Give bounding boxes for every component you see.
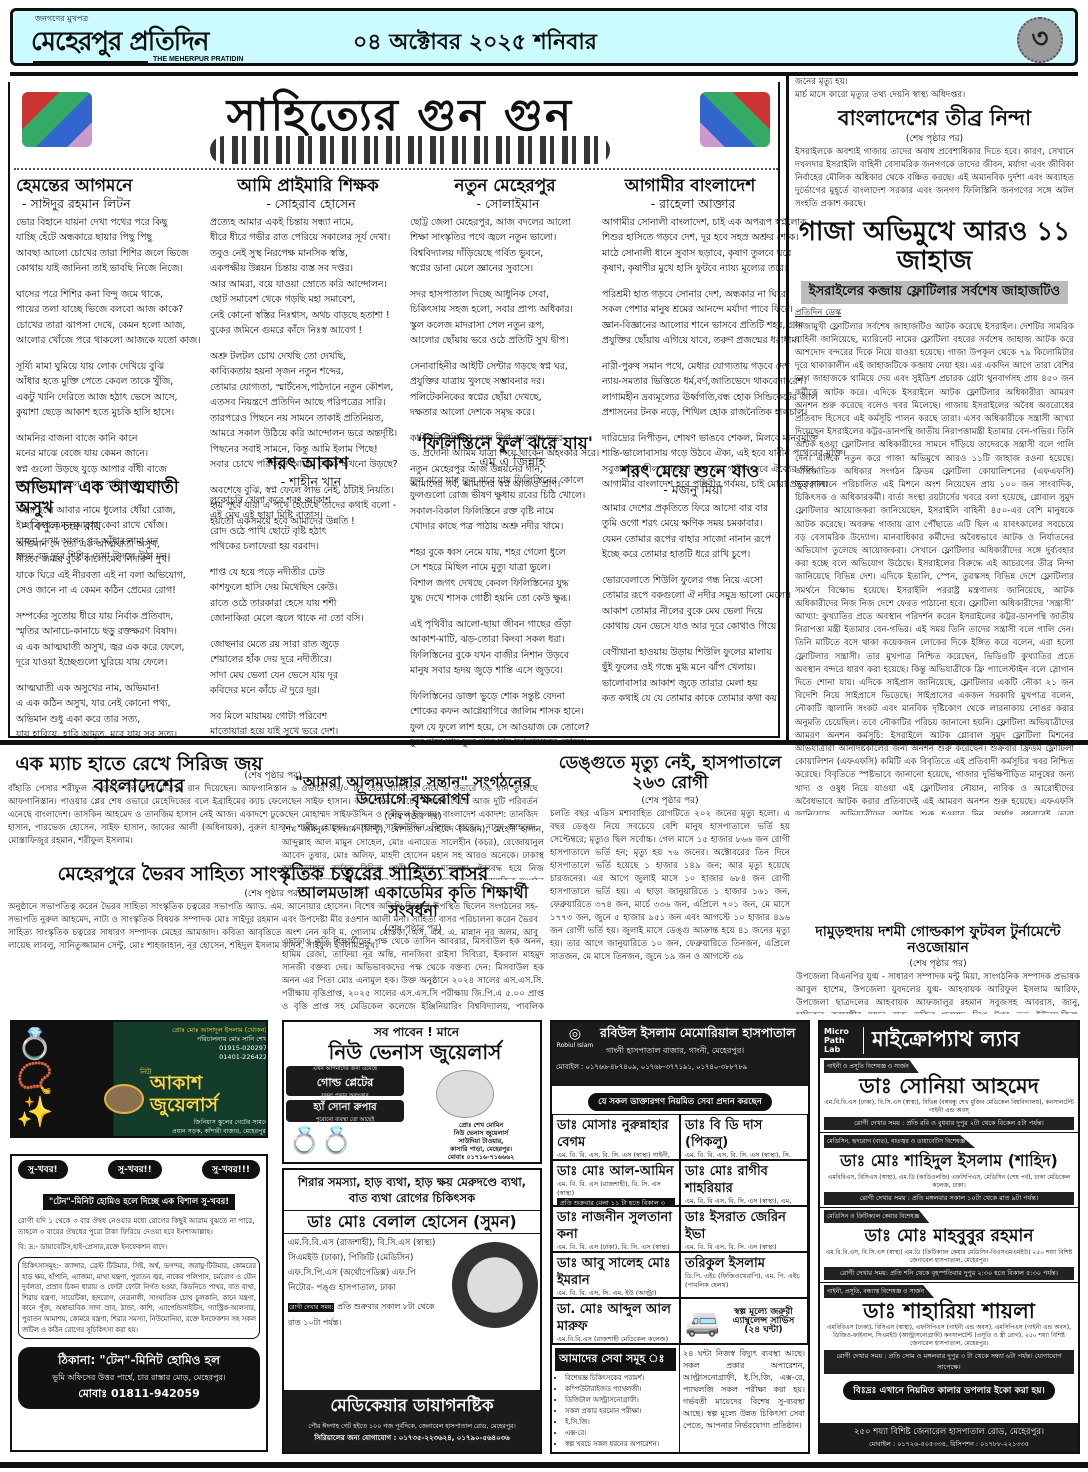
badge: সু-খবর!!! (202, 1160, 260, 1179)
article-body: এছাড়াও কৃতি শিক্ষার্থীদের পক্ষ থেকে তাস… (282, 936, 544, 1014)
avatar (104, 1084, 144, 1114)
poem-line: যুদ্ধ দেখে শাসক গোষ্ঠী হয়নি তো কেউ ক্ষু… (410, 591, 600, 607)
poem-author: - বিপুল চন্দ্র রায় (16, 518, 206, 534)
hospital-name: রবিউল ইসলাম মেমোরিয়াল হাসপাতাল (600, 1025, 804, 1045)
poem-line: লাগামহীন দ্রব্যমূল্যের ঊর্ধ্বগতি,বন্ধ হো… (602, 390, 778, 406)
stanza: জোছনার মেতে রয় সারা রাত জুড়েশেয়ালের হ… (210, 637, 406, 699)
stanza: সদর হাসপাতাল দিচ্ছে আধুনিক সেবা,চিকিৎসায… (410, 287, 600, 349)
poem-line: কুয়াশা ছেড়ে আকাশ হতে মুচকি হাসি হাসে। (16, 405, 206, 421)
poem-author: - শাহীন খান (210, 474, 406, 490)
stanza: প্রত্যেহ আমার একই চিন্তায় সন্ধ্যা নামে,… (210, 215, 406, 339)
poem-line: আকাশ-মাটি, ঝড়-তোরা কিংবা সকল ধরা। (410, 632, 600, 648)
poem-line: যাচ্ছি হেঁটে অন্ধকারে ছায়ার পিছু পিছু (16, 230, 206, 246)
poem: 'ফিলিস্তিনে ফুল ঝরে যায়'- এম এ জিন্নাহফ… (410, 434, 600, 761)
poem-title: নতুন মেহেরপুর (410, 176, 600, 196)
poem-line: প্রত্যেহ আমার একই চিন্তায় সন্ধ্যা নামে, (210, 215, 406, 231)
doctor-section: মেডিসিন ও ক্রিটিক্যাল কেয়ার বিশেষজ্ঞ ডা… (820, 1208, 1078, 1283)
box-heading: হ্যাঁ সোনা রুপার (286, 1100, 404, 1117)
stanza: শহর বুকে ধ্বস নেমে যায়, শহর গেলো ধুলেসে… (410, 545, 600, 607)
poem-author: - সোহরাব হোসেন (210, 196, 406, 212)
poem-line: ছুঁই ফুলের ওই গন্ধে মুগ্ধ মনে ঝাঁপ খেলায… (602, 660, 778, 676)
poem-line: কত কথাই যে যে তোমার কাকে তোমার কথা কয়। (602, 691, 778, 707)
continued-label: (শেষ পৃষ্ঠার পর) (282, 811, 544, 824)
english-title: THE MEHERPUR PRATIDIN (153, 56, 243, 63)
doctor-section: মেডিসিন, হৃদরোগ (বাত), বাতজ্বর ও ডায়াবে… (820, 1133, 1078, 1208)
poem: আগামীর বাংলাদেশ- রাহেলা আক্তারআগামীর সোন… (602, 176, 778, 503)
poem-line: ভোরবেলাতে শিউলি ফুলের গন্ধ নিয়ে এসো (602, 573, 778, 589)
poem-line: অভিমান শুধু একা করে তার সত্য, (16, 712, 206, 728)
stanza: আগামীর সোনালী বাংলাদেশ, চাই এক অপরূপ স্ব… (602, 215, 778, 277)
headline: আলমডাঙ্গা একাডেমির কৃতি শিক্ষার্থী সংবর্… (282, 884, 544, 921)
poem-line: তুমি ওগো শরৎ মেয়ে ক্ষণিক সময় চমকাবার। (602, 516, 778, 532)
poem-line: স্বপ্নের ডানা মেলে জ্ঞানের সুবাসে। (410, 261, 600, 277)
poem-line: তোমার রূপে বকগুলো ঐ নদীর সমুদ্র ভালো মেল… (602, 588, 778, 604)
news-article: "আমরা আলমডাঙ্গার সন্তান" সংগঠনের উদ্যোগে… (282, 770, 544, 880)
degree: এফ.সি.পি.এস (অর্থোপেডিক্স) এফ.পি (288, 1266, 440, 1281)
poem-line: পরিশ্রমী হাত গড়বে সোনার দেশ, অন্ধকার না… (602, 287, 778, 303)
poem-line: সকল পেশার মানুষ শ্রমের আনন্দে মর্যাদা পা… (602, 302, 778, 318)
ad-new-venus-jewellers: সব পাবেন ! মানে নিউ ভেনাস জুয়েলার্স এখন… (282, 1020, 542, 1164)
stanza: লুকোচুরি খেলা করে শরৎ আকাশএই মেঘ এই ছায়… (210, 493, 406, 555)
poem-line: ফুলগুলো রোজ ভীষণ ক্ষুধায় রবের চিঠি খোলে… (410, 488, 600, 504)
title-underline (33, 61, 148, 63)
doctor-card: ডাঃ নাজনীন সুলতানা কনাএম. বি. বি. এস (ঢা… (552, 1206, 680, 1252)
ambulance-card: 🚐স্বল্প মূল্যে জরুরী এ্যাম্বুলেন্স সার্ভ… (680, 1298, 808, 1344)
doctor-card: ডাঃ ইসরাত জেরিন ইভাএম. বি. বি এস, বি. সি… (680, 1206, 808, 1252)
lab-logo: Micro Path Lab (824, 1027, 864, 1054)
poem-line: আলোর ছোঁয়ায় ভরে ওঠে প্রতিটি সুখ দ্বীপ। (410, 333, 600, 349)
literature-section: সাহিত্যের গুন গুন হেমন্তের আগমনে- সাঈদুর… (8, 82, 780, 738)
stanza: ফুল ঝরে যায় ফুল ঝরে যায় ফিলিস্তিনের কো… (410, 473, 600, 535)
poem: শরৎ মেয়ে শুনে যাও- মজনু মিয়াআমার দেশের… (602, 462, 778, 717)
ambulance-icon: 🚐 (685, 1317, 720, 1326)
ad-micropath-lab: Micro Path Lab মাইক্রোপ্যাথ ল্যাব গাইনী … (818, 1020, 1080, 1454)
mobile: মোবাইল : ০১৭৬৬-৪৮৭৪০৯, ০১৭৬৮-৩৭৭১৯১, ০১৭… (556, 1061, 804, 1073)
poem-line: শিক্ষা সাংস্কৃতির পথে জ্বলে নতুন ভালো। (410, 230, 600, 246)
article-body: শেখ অমিনুল ইসলাম (লিন্টু), মোশতাক আহমেদ … (282, 824, 544, 881)
stanza: সব মিলে মায়াময় গোটা পরিবেশমাতোয়ারা হয… (210, 709, 406, 740)
poem-line: সকাল-বিকাল ফিলিস্তিনে রক্ত বৃষ্টি নামে (410, 504, 600, 520)
poem-line: তবুও নেই সুস্থ নিরপেক্ষ মানসিক স্বস্তি, (210, 246, 406, 262)
proprietor: প্রোঃ মোঃ আসাদুল ইসলাম (খোকন) (122, 1026, 267, 1035)
hospital-logo: ◎Robiul Islam (556, 1026, 594, 1049)
byline: প্রতিদিন ডেস্ক (795, 307, 1074, 320)
stanza: অভিমান সে তো এক আত্মঘাতী অসুখ,নীরবে জমায… (16, 537, 206, 599)
poem-line: মনের মাঝে বেজে যায় কেমন জানে। (16, 446, 206, 462)
poem-line: শাপ্ত যে হয়ে পড়ে নদীতীর ঢেউ (210, 565, 406, 581)
poem-line: সে শহরে মিছিল নামে মুত্যু যাত্রা ভুলে। (410, 560, 600, 576)
serial-phone: সিরিয়ালের জন্য যোগাযোগ : ০১৭৩৫-২২৩৬২৪, … (287, 1432, 537, 1444)
stanza: সম্পর্কের সুতোয় ধীরে যায় নির্বাক প্রতি… (16, 609, 206, 671)
doctor-card: ডা. মোঃ আব্দুল আল মারুফএম.বি.বি.এস (রাজশ… (552, 1298, 680, 1344)
poem-line: এ এক আত্মঘাতী অসুখ, জ্বর এক করে ফেলে, (16, 640, 206, 656)
poem-line: আবছা আলো চোখের তারা শিশির জলে ভিজে (16, 246, 206, 262)
poem: শরৎ আকাশ- শাহীন খানলুকোচুরি খেলা করে শরৎ… (210, 454, 406, 750)
jewellery-icon: 💍💍 (288, 1126, 408, 1162)
time-label: রোগী দেখার সময়: (288, 1303, 334, 1312)
poem-line: শোকের কফন আগ্নেয়াগিরে জালিম শাসক হানে। (410, 704, 600, 720)
headline: বাংলাদেশের তীব্র নিন্দা (795, 106, 1074, 130)
ad-robiul-islam-hospital: ◎Robiul Islam রবিউল ইসলাম মেমোরিয়াল হাস… (550, 1020, 810, 1454)
headline: ডেঙ্গুতে মৃত্যু নেই, হাসপাতালে ২৬৩ রোগী (550, 754, 790, 793)
lab-name: মাইক্রোপ্যাথ ল্যাব (872, 1023, 1020, 1058)
doctor-card: ডাঃ বি ডি দাস (পিকলু)এম. বি. বি. এস, বি.… (680, 1114, 808, 1160)
news-article: দামুড়হুদায় দশমী গোল্ডকাপ ফুটবল টুর্নাম… (796, 920, 1080, 1014)
box-text: এখন আপনাদের জন্য এনেছে (286, 1066, 404, 1074)
poem-line: দক্ষতার আলো দেশকে সমৃদ্ধ করে। (410, 405, 600, 421)
poem-title: 'ফিলিস্তিনে ফুল ঝরে যায়' (410, 434, 600, 454)
poem-title: শরৎ আকাশ (210, 454, 406, 474)
badge: সু-খবর!! (108, 1160, 162, 1179)
stanza: শাপ্ত যে হয়ে পড়ে নদীতীর ঢেউকাশফুলে হাস… (210, 565, 406, 627)
masthead: জনগণের মুখপত্র মেহেরপুর প্রতিদিন THE MEH… (10, 8, 1078, 66)
box-heading: গোল্ড প্লেটের (286, 1074, 404, 1093)
poem-line: জ্ঞান-বিজ্ঞানের আলোর শানে ভাসবে প্রতিটি … (602, 318, 778, 334)
divider (0, 1462, 1088, 1468)
services-note: ২৪ ঘন্টা নিজস্ব বিদ্যুৎ ব্যবস্থা আছে। সক… (680, 1345, 808, 1453)
address: পৌর ঈদগাহ গেট হইতে ১০০ গজ পূর্বদিকে, জেন… (287, 1421, 537, 1432)
poem-line: ফুল ঝরে যায় ফুল ঝরে যায় ফিলিস্তিনের কো… (410, 473, 600, 489)
poem-line: দারিদ্র্যের নিপীড়ন, শোষণ ভাঙবে শেকল, মি… (602, 431, 778, 447)
degree: এম.বি.বি.এস (রাজশাহী), বি.সি.এস (স্বাস্থ… (288, 1236, 440, 1251)
phone: 01915-020297 (122, 1044, 267, 1053)
degree: নিটোর- পঙ্গু হাসপাতাল, ঢাকা (288, 1281, 440, 1296)
poem-line: শেয়ালের হাঁক দেয় দূরে নদীতীরে। (210, 652, 406, 668)
poem-line: আত্মঘাতী এক অসুখের নাম, অভিমান! (16, 681, 206, 697)
offer-text: রোগী যদি ১ থেকে ৩ বার ঔষধ নেওয়ার মধ্যে … (18, 1215, 260, 1237)
doctor-card: ডাঃ মোসাঃ নুরুন্নাহার বেগমএম. বি. বি. এস… (552, 1114, 680, 1160)
poem-line: কোথায় যাই জানিনা তাই ভাবছি নিজে নিজে। (16, 261, 206, 277)
poem-line: ছোট্ট জেলা মেহেরপুর, আজ বদলের আলো (410, 215, 600, 231)
poem-line: এই মেঘ এই ছায়া মিষ্টি বাতাস। (210, 508, 406, 524)
article-body: ইসরাইলকে অবশ্যই গাজায় তাদের অবাধ প্রবেশ… (795, 146, 1074, 212)
poem-line: স্কুল কলেজ মাদরাসা পেল নতুন রূপ, (410, 318, 600, 334)
poem-line: কাশফুলে হাসি দেয় মিথেছিস কেউ। (210, 580, 406, 596)
poem-line: ঘাসের পরে শিশির কনা বিন্দু জমে থাকে, (16, 287, 206, 303)
poem-author: - এম এ জিন্নাহ (410, 454, 600, 470)
poem-line: মাঠে সোনালী ধানে সুবাস ছড়াবে, কৃষাণ তুল… (602, 246, 778, 262)
poem-title: হেমন্তের আগমনে (16, 176, 206, 196)
poem-line: সদর হাসপাতাল দিচ্ছে আধুনিক সেবা, (410, 287, 600, 303)
owner-info: প্রোঃ শেখ মোমিননিউ ভেনাস জুয়েলার্সসাউদি… (420, 1122, 542, 1162)
poem-line: জোনাকিরা মেলে জ্বলে থাকে না তো বসি। (210, 611, 406, 627)
banner: যে সকল ডাক্তারগণ নিয়মিত সেবা প্রদান করছ… (588, 1093, 772, 1111)
poem-line: সূর্য্যি মামা ঘুমিয়ে যায় লোক দেখিয়ে ব… (16, 359, 206, 375)
stanza: ঘাসের পরে শিশির কনা বিন্দু জমে থাকে,পায়… (16, 287, 206, 349)
doctor-card: ডাঃ মোঃ রাগীব শাহরিয়ারএম, বি, বি এস, বি… (680, 1160, 808, 1206)
stanza: পরিশ্রমী হাত গড়বে সোনার দেশ, অন্ধকার না… (602, 287, 778, 349)
stanza: এই পৃথিবীর আলো-ছায়া জীবন গাছের গুঁড়াআক… (410, 617, 600, 679)
poem-line: পথিকের চলাফেরা হয় বরবাদ। (210, 539, 406, 555)
banner: "টেন"-মিনিট হোমিও হলে দিচ্ছে এক বিশাল সু… (43, 1194, 235, 1210)
poem-line: যেমন তোমার রূপের বাহার সাজো নানান রূপে (602, 532, 778, 548)
books-icon (700, 92, 770, 147)
poem-title: আমি প্রাইমারি শিক্ষক (210, 176, 406, 196)
stanza: সেনাবাহিনীর আইটি সেন্টার গড়ছে স্বপ্ন ঘর… (410, 359, 600, 421)
poem-author: - মজনু মিয়া (602, 482, 778, 498)
right-column-news: জনের মৃত্যু হয়। মার্চ মাসে কারো মৃত্যুর… (786, 76, 1080, 742)
poem-line: স্বপ্ন গুলো উড়ছে যুড়ে আপার বাঁধী বাজে (16, 462, 206, 478)
stanza: আমার দেশের প্রকৃতিতে ফিরে আসো বার বারতুম… (602, 501, 778, 563)
poem-line: অশ্রু টলটল চোখ দেখছি তো দেখছি, (210, 349, 406, 365)
headline: "আমরা আলমডাঙ্গার সন্তান" সংগঠনের উদ্যোগে… (282, 774, 544, 809)
news-article: ডেঙ্গুতে মৃত্যু নেই, হাসপাতালে ২৬৩ রোগী … (550, 750, 790, 1014)
doctor-card: তরিকুল ইসলামডি.পি. এইচ (ফিজিওথেরাপি), এম… (680, 1252, 808, 1298)
stanza: বেণীখানা হাওয়ায় উড়ায় শিউলি ফুলের মাল… (602, 645, 778, 707)
address-line: প্রধান সড়ক, কাঁশারী বাজার, মেহেরপুর। (122, 1127, 268, 1136)
poem-line: এতসব নিয়ন্ত্রণে প্রতিদিন আছে পরিপত্রের … (210, 395, 406, 411)
news-article: আলমডাঙ্গা একাডেমির কৃতি শিক্ষার্থী সংবর্… (282, 880, 544, 1014)
poem-line: আমার দেশের প্রকৃতিতে ফিরে আসো বার বার (602, 501, 778, 517)
doctor-section: গাইনী ও প্রসূতি বিশেষজ্ঞ ও সার্জন ডাঃ সো… (820, 1058, 1078, 1133)
poem-line: শহর বুকে ধ্বস নেমে যায়, শহর গেলো ধুলে (410, 545, 600, 561)
poem-line: কৃষাণ, কৃষাণীর মুখে হাসি ফুটবে ন্যায্য ম… (602, 261, 778, 277)
poem-line: সেনাবাহিনীর আইটি সেন্টার গড়ছে স্বপ্ন ঘর… (410, 359, 600, 375)
ad-ten-minute-homeo: সু-খবর! সু-খবর!! সু-খবর!!! "টেন"-মিনিট হ… (10, 1154, 268, 1452)
doctor-section: গাইনী, প্রসূতি, বন্ধ্যাত্ব বিশেষজ্ঞ ও সা… (820, 1283, 1078, 1376)
dotted-divider (14, 168, 778, 170)
poem-line: রোদ ওঠে পাখি ছোটে বৃষ্টি হঠাৎ (210, 524, 406, 540)
poem-title: অভিমান এক আত্মঘাতী অসুখ (16, 478, 206, 518)
poem-line: এ এক কঠিন অসুখ, যার নেই কোনো পথ্য, (16, 696, 206, 712)
poem-line: আঁধার হতে মুক্তি পেতে কেবল তাকে খুঁজি, (16, 374, 206, 390)
poem-line: একপক্ষীয় উন্নয়ন চিন্তায় ব্যস্ত সব দপ্… (210, 261, 406, 277)
poem-line: সব মিলে মায়াময় গোটা পরিবেশ (210, 709, 406, 725)
poem-line: আমনির বাজনা বাজে কানি কানে (16, 431, 206, 447)
poem-line: ন্যায়-সমতার ভিত্তিতে ধর্ম,বর্ণ,জাতিভেদে… (602, 374, 778, 390)
poem-line: নারী-পুরুষ সমান পথে, মেধার যোগ্যতায় গড়… (602, 359, 778, 375)
poem-line: ফিলিস্তিনের বুকে যখন বাজীর নিশান উড়বে (410, 648, 600, 664)
continued-text: মার্চ মাসে কারো মৃত্যুর তথ্য দেয়নি স্বা… (795, 89, 1074, 102)
poem-line: কাব্যিকতায় হয়না সৃজন নতুন শব্দের, (210, 364, 406, 380)
degree: সিএমইউ (ঢাকা), পিজিটি (মেডিসিন) (288, 1251, 440, 1266)
poem-line: দূরে যাওয়া ইচ্ছেগুলো ঘুরিয়ে যায় ফেলে। (16, 655, 206, 671)
poem-author: - সোলাইমান (410, 196, 600, 212)
brand-name: আকাশ জুয়েলার্স (150, 1072, 268, 1116)
continued-text: জনের মৃত্যু হয়। (795, 76, 1074, 89)
poem-title: আগামীর বাংলাদেশ (602, 176, 778, 196)
poem-line: আমরে সকাল উঠিয়ে করি আন্দোলন ভরে অন্তর্দ… (210, 426, 406, 442)
poem-line: অভিমান সে তো এক আত্মঘাতী অসুখ, (16, 537, 206, 553)
doctor-photo (452, 1242, 538, 1328)
badge: সু-খবর! (18, 1160, 68, 1179)
poem-line: খোদার কাছে পত্র পাঠায় অশ্রু নদীর খামে। (410, 519, 600, 535)
poem-line: তোমার যোগ্যতা, স্মার্টনেস,পাঠদানে নতুন ক… (210, 380, 406, 396)
poem-line: প্রযুক্তির ছোঁয়ায় এগিয়ে যাবে, তরুণ প্… (602, 333, 778, 349)
stanza: সূর্য্যি মামা ঘুমিয়ে যায় লোক দেখিয়ে ব… (16, 359, 206, 421)
notice: বিঃদ্রঃ এখানে নিয়মিত কালার ডপলার ইকো কর… (843, 1381, 1055, 1400)
poem-line: নীরবে জমায় বুকে কালোমেঘ নিদারুণ দুখ। (16, 552, 206, 568)
poem-line: ছোট সমাবেশ থেকে গড়ছি মহা সমাবেশ, (210, 292, 406, 308)
address: ২৫০ শয্যা বিশিষ্ট জেনারেল হাসপাতাল রোড, … (822, 1425, 1076, 1439)
address: ভূমি অফিসের উত্তর পার্শ্বে, চার রাস্তার … (23, 1372, 255, 1385)
poem-line: যাকে ঘিরে এই নীরবতা এই না বলা অভিযোগ, (16, 568, 206, 584)
poem-line: কোথায় যেন ভেসে যাও আর দূরে কোথাও গিয়ে। (602, 619, 778, 635)
poem-line: ধীরে ধীরে গভীর রাত পেরিয়ে সকালের সূর্য … (210, 230, 406, 246)
avatar (436, 1070, 494, 1118)
article-body: উপজেলা বিএনপির যুগ্ম - সাধারণ সম্পাদক মন… (796, 971, 1080, 1014)
poem-line: ভোর বিহানে যায়না দেখা পথের পরে কিছু (16, 215, 206, 231)
poem-line: কবিদের মনে কাঁচে ঐ দুরে দূর। (210, 683, 406, 699)
address: গাংনী হাসপাতাল বাজার, গাংনী, মেহেরপুর। (606, 1045, 804, 1058)
poem-line: আর আমরা, বয়ে যাওয়া স্রোতে করি আন্দোলন। (210, 277, 406, 293)
ad-medicare-diagnostic: শিরার সমস্যা, হাড় ব্যথা, হাড় ক্ষয় মের… (282, 1168, 542, 1454)
stanza: ছোট্ট জেলা মেহেরপুর, আজ বদলের আলোশিক্ষা … (410, 215, 600, 277)
poem-line: শিশুর হাসিতে গড়বে দেশ, দূর হবে সহস্র অশ… (602, 230, 778, 246)
stanza: নারী-পুরুষ সমান পথে, মেধার যোগ্যতায় গড়… (602, 359, 778, 421)
poem-line: বুকের জমিনে গুমরে কাঁদে নিঃস্ব আবেগ ! (210, 323, 406, 339)
poem-line: পায়ের তলা যাচ্ছে ভিজে বলবো আজ কাকে? (16, 302, 206, 318)
phone: মোবাইল : ০১৭২৬-৫০৫৩৩৪, রিসিপশন : ০১৭৮৮-২… (822, 1439, 1076, 1450)
poem-line: বিশাল জগৎ দেখছে কেবল ফিলিস্তিনের যুদ্ধ (410, 576, 600, 592)
poem-line: ভালোবাসার আকাশ জুড়ে তারার মেলা হয় (602, 676, 778, 692)
poem-line: আলোর খোঁজে পরে থাকলো আজকে যতো কাজ। (16, 333, 206, 349)
poem-line: প্রযুক্তির যাত্রায় খুলছে সম্ভাবনার দর। (410, 374, 600, 390)
poem-line: বেণীখানা হাওয়ায় উড়ায় শিউলি ফুলের মাল… (602, 645, 778, 661)
poem-line: রাতে ওঠে তারকারা হেসে যায় শশী (210, 596, 406, 612)
continued-label: (শেষ পৃষ্ঠার পর) (795, 131, 1074, 146)
poem-line: পলিটেকনিকের স্বপ্নের ছোঁয়া দেখছে, (410, 390, 600, 406)
issue-date: ০৪ অক্টোবর ২০২৫ শনিবার (353, 25, 597, 62)
page-number-badge: ৩ (1017, 17, 1063, 63)
poem-line: মানুষ সবার হৃদয় জুড়ে শান্তি এসে জুড়বে… (410, 663, 600, 679)
poem: অভিমান এক আত্মঘাতী অসুখ- বিপুল চন্দ্র রা… (16, 478, 206, 753)
doctor-name: ডাঃ মোঃ বেলাল হোসেন (সুমন) (284, 1210, 540, 1234)
doctor-card: ডাঃ আবু সালেহ মোঃ ইমরানএম. বি. বি. এস, স… (552, 1252, 680, 1298)
jewellery-icon: 💍📿✨ (16, 1028, 106, 1134)
subheadline: ইসরাইলের কব্জায় ফ্লোটিলার সর্বশেষ জাহাজ… (801, 281, 1068, 304)
services-list: বিশেষজ্ঞ চিকিৎসকের পরামর্শ।কম্পিউটারাইজড… (555, 1373, 676, 1450)
treatment-list: চিকিৎসাসমূহ:- ক্যান্সার, ব্রেস্ট টিউমার,… (18, 1257, 260, 1339)
poem-author: - সাঈদুর রহমান লিটন (16, 196, 206, 212)
manager: পরিচালনায় মোঃ সানি শেখ (122, 1035, 267, 1044)
poem-line: বিশ্ববিদ্যালয় দাঁড়িয়েছে গর্বিত ভুবনে, (410, 246, 600, 262)
floral-ornament-icon (210, 136, 610, 164)
diagnostic-name: মেডিকেয়ার ডায়াগনষ্টিক (287, 1393, 537, 1421)
headline: দামুড়হুদায় দশমী গোল্ডকাপ ফুটবল টুর্নাম… (796, 924, 1080, 956)
poem-line: লুকোচুরি খেলা করে শরৎ আকাশ (210, 493, 406, 509)
poem-line: এই পৃথিবীর আলো-ছায়া জীবন গাছের গুঁড়া (410, 617, 600, 633)
headline: গাজা অভিমুখে আরও ১১ জাহাজ (795, 218, 1074, 278)
poem-line: প্রশাসনের টনক নড়ে, শিথিল হোক রাজনৈতিক হ… (602, 405, 778, 421)
continued-label: (শেষ পৃষ্ঠার পর) (282, 923, 544, 936)
poem-line: জোছনার মেতে রয় সারা রাত জুড়ে (210, 637, 406, 653)
poem-title: শরৎ মেয়ে শুনে যাও (602, 462, 778, 482)
divider (0, 740, 1088, 745)
books-icon (22, 92, 92, 147)
poem-line: আকাশ তোমার নীলের বুকে মেঘ ভেলা দিয়ে (602, 604, 778, 620)
poem-author: - রাহেলা আক্তার (602, 196, 778, 212)
poem-line: তারপরেও পিছনে নয় সামনে তাকাই প্রতিনিয়ত… (210, 411, 406, 427)
specialty: শিরার সমস্যা, হাড় ব্যথা, হাড় ক্ষয় মের… (284, 1170, 540, 1210)
poem-line: সেও জানে না এ কেমন কঠিন প্রেমের রোগ! (16, 583, 206, 599)
services-title: আমাদের সেবা সমূহ ঃ (555, 1348, 676, 1371)
poem-line: আগামীর সোনালী বাংলাদেশ, চাই এক অপরূপ স্ব… (602, 215, 778, 231)
ad-akash-jewellers: 💍📿✨ প্রোঃ মোঃ আসাদুল ইসলাম (খোকন) পরিচাল… (10, 1020, 268, 1138)
poem-line: সাদা মেঘ ভেলা যেন ভেসে যায় দূর (210, 668, 406, 684)
continued-label: (শেষ পৃষ্ঠার পর) (550, 795, 790, 808)
poem-line: মাতোয়ারা হয়ে যাই সুখে ভরে দেশ। (210, 724, 406, 740)
address-title: ঠিকানা: "টেন"-মিনিট হোমিও হল (23, 1352, 255, 1372)
poem-line: চোখের তারা ঝাপসা দেখে, কেমন হলো আজ, (16, 318, 206, 334)
stanza: ভোর বিহানে যায়না দেখা পথের পরে কিছুযাচ্… (16, 215, 206, 277)
stanza: ভোরবেলাতে শিউলি ফুলের গন্ধ নিয়ে এসোতোমা… (602, 573, 778, 635)
article-body: চলতি বছর এডিস মশাবাহিত রোগটিতে ২০২ জনের … (550, 808, 790, 964)
poem-line: ফুল যে ফুলে লাশ হয়ে, সে আওয়াজ কে তোলে? (410, 720, 600, 736)
poem-line: সম্পর্কের সুতোয় ধীরে যায় নির্বাক প্রতি… (16, 609, 206, 625)
poem-line: ফিলিস্তিনের ডাক্তা ভুড়ে শোক সন্তুষ্ট বে… (410, 689, 600, 705)
box-text: পুরোনো ব্যবস্থা তো আছেই (286, 1117, 404, 1125)
phone: মোবাঃ 01811-942059 (23, 1385, 255, 1404)
doctor-card: ডাঃ মোঃ আল-আমিনএম. বি. বি. এস (রাজশাহী),… (552, 1160, 680, 1206)
phone: 01401-226422 (122, 1053, 267, 1062)
poem-line: ইচ্ছে করে তোমার হাতটি ধরে রাখি চুপে। (602, 547, 778, 563)
poem-line: একটু খানি দেরিতে আজ হঠাৎ ভেসে আসে, (16, 390, 206, 406)
poem-line: শান্তি-ভালোবাসায় গড়ে উঠবে ঐক্য, এই হবে… (602, 446, 778, 462)
poem-line: চিকিৎসায় সহজ হলো, সবার প্রাপ্য অধিকার। (410, 302, 600, 318)
note: বি: দ্র:- ডায়াবেটিস,হাই-প্রেসার,রক্তে ই… (18, 1241, 260, 1253)
continued-label: (শেষ পৃষ্ঠার পর) (796, 958, 1080, 971)
poem-line: নেই কোনো স্বস্তির নিঃশ্বাস, অথচ বাড়ছে হ… (210, 308, 406, 324)
stanza: আত্মঘাতী এক অসুখের নাম, অভিমান!এ এক কঠিন… (16, 681, 206, 743)
address-line: জিনিয়াস স্কুলের গেটের সামনে (122, 1118, 268, 1127)
poem-line: স্মৃতির আনাচে-কানাচে ছড়ু রক্তক্ষরণ বিষা… (16, 624, 206, 640)
